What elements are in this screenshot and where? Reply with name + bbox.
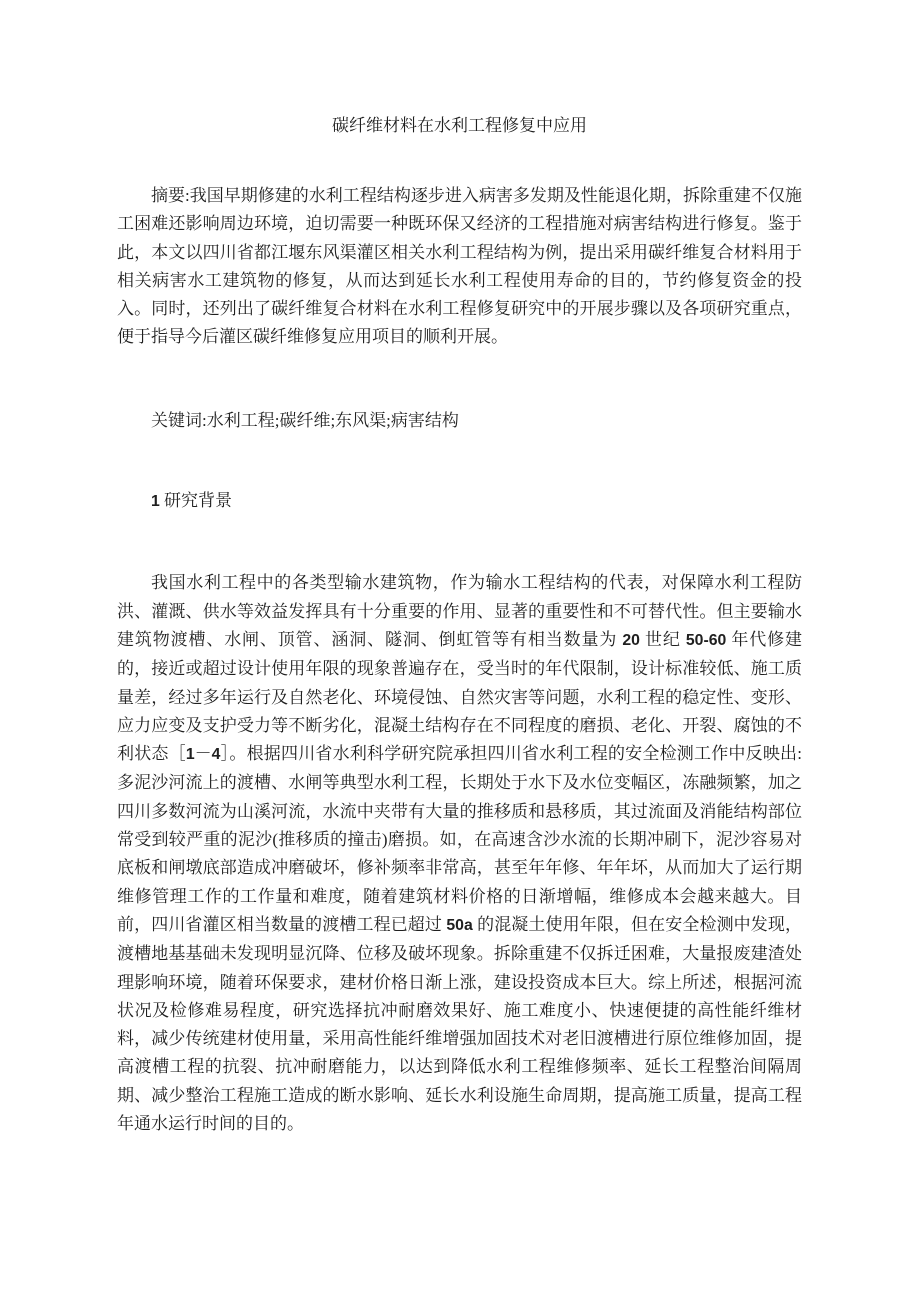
latin-text: 1 (186, 746, 195, 763)
section-body-paragraph: 我国水利工程中的各类型输水建筑物，作为输水工程结构的代表，对保障水利工程防洪、灌… (117, 569, 802, 1138)
latin-text: 1 (151, 493, 160, 510)
abstract-paragraph: 摘要:我国早期修建的水利工程结构逐步进入病害多发期及性能退化期，拆除重建不仅施工… (117, 182, 802, 352)
document-page: 碳纤维材料在水利工程修复中应用 摘要:我国早期修建的水利工程结构逐步进入病害多发… (0, 0, 920, 1302)
document-content: 碳纤维材料在水利工程修复中应用 摘要:我国早期修建的水利工程结构逐步进入病害多发… (117, 0, 802, 1138)
latin-text: 4 (212, 746, 221, 763)
keywords-line: 关键词:水利工程;碳纤维;东风渠;病害结构 (117, 407, 802, 435)
latin-text: 50a (446, 917, 472, 934)
latin-text: 50-60 (686, 632, 726, 649)
section-heading: 1 研究背景 (117, 487, 802, 516)
latin-text: 20 (622, 632, 640, 649)
document-title: 碳纤维材料在水利工程修复中应用 (117, 112, 802, 140)
